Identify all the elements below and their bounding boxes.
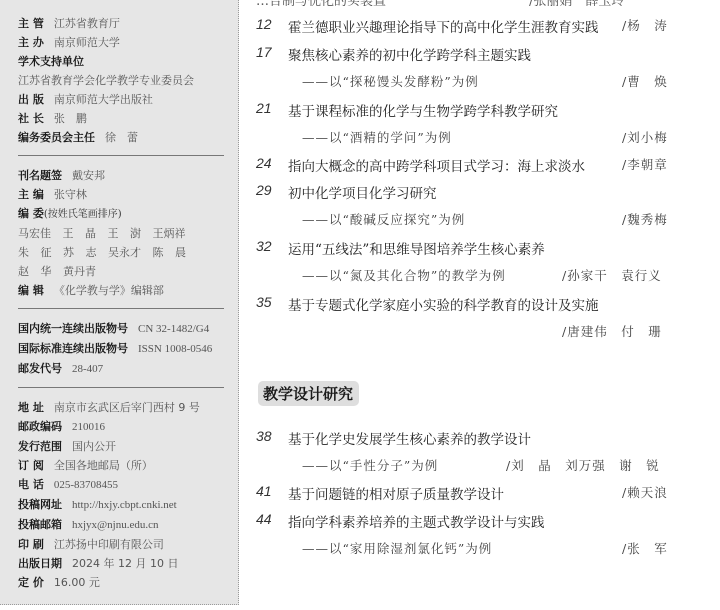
article-title: 基于问题链的相对原子质量教学设计 (288, 483, 504, 503)
article-author: /李朝章 (622, 155, 668, 173)
masthead-row: 主 管江苏省教育厅 (18, 14, 223, 33)
masthead-row: 主 编张守林 (18, 185, 223, 204)
article-author: /刘小梅 (622, 128, 668, 146)
article-subtitle: ——以“酒精的学问”为例 (302, 128, 452, 146)
masthead-row: 投稿邮箱hxjyx@njnu.edu.cn (18, 515, 223, 535)
masthead-row: 国际标准连续出版物号ISSN 1008-0546 (18, 339, 223, 359)
article-subtitle: ——以“酸碱反应探究”为例 (302, 210, 465, 228)
article-title: 基于专题式化学家庭小实验的科学教育的设计及实施 (288, 294, 599, 314)
masthead-row: 编务委员会主任徐 蕾 (18, 128, 223, 147)
article-author: /刘 晶 刘万强 谢 锐 (506, 456, 660, 474)
article-title: 基于课程标准的化学与生物学跨学科教学研究 (288, 100, 558, 120)
page-number: 21 (256, 100, 272, 116)
masthead-row: 江苏省教育学会化学教学专业委员会 (18, 71, 223, 90)
masthead-row: 主 办南京师范大学 (18, 33, 223, 52)
article-title: 运用“五线法”和思维导图培养学生核心素养 (288, 238, 545, 258)
article-title: 霍兰德职业兴趣理论指导下的高中化学生涯教育实践 (288, 16, 599, 36)
toc-subtitle-row: ——以“酸碱反应探究”为例 /魏秀梅 (256, 210, 676, 230)
article-author: /曹 焕 (622, 72, 668, 90)
masthead-row: 地 址南京市玄武区后宰门西村 9 号 (18, 398, 223, 417)
submission-url[interactable]: http://hxjy.cbpt.cnki.net (72, 499, 177, 511)
divider (18, 387, 224, 388)
page-number: 29 (256, 182, 272, 198)
masthead-row: 学术支持单位 (18, 52, 223, 71)
masthead-row: 印 刷江苏扬中印刷有限公司 (18, 535, 223, 554)
article-subtitle: ——以“氮及其化合物”的教学为例 (302, 266, 506, 284)
article-title: 指向学科素养培养的主题式教学设计与实践 (288, 511, 545, 531)
article-author: /张 军 (622, 539, 668, 557)
masthead-row: 出 版南京师范大学出版社 (18, 90, 223, 109)
page-number: 41 (256, 483, 272, 499)
toc-entry[interactable]: 12 霍兰德职业兴趣理论指导下的高中化学生涯教育实践 /杨 涛 (256, 16, 676, 36)
article-subtitle: ——以“手性分子”为例 (302, 456, 438, 474)
masthead-row: 订 阅全国各地邮局（所） (18, 456, 223, 475)
masthead-row: 出版日期2024 年 12 月 10 日 (18, 554, 223, 573)
divider (18, 155, 224, 156)
page-number: 35 (256, 294, 272, 310)
page-number: 24 (256, 155, 272, 171)
toc-entry[interactable]: 35 基于专题式化学家庭小实验的科学教育的设计及实施 (256, 294, 676, 314)
masthead-row: 定 价16.00 元 (18, 573, 223, 592)
masthead-row: 电 话025-83708455 (18, 475, 223, 495)
cropped-entry: …合制与优化的实装置 /张丽娟 薛玉玲 (256, 0, 676, 6)
toc-entry[interactable]: 29 初中化学项目化学习研究 (256, 182, 676, 202)
article-subtitle: ——以“家用除湿剂氯化钙”为例 (302, 539, 492, 557)
toc-entry[interactable]: 32 运用“五线法”和思维导图培养学生核心素养 (256, 238, 676, 258)
masthead-row: 社 长张 鹏 (18, 109, 223, 128)
page-number: 32 (256, 238, 272, 254)
toc-entry[interactable]: 24 指向大概念的高中跨学科项目式学习：海上求淡水 /李朝章 (256, 155, 676, 175)
toc-subtitle-row: /唐建伟 付 珊 (256, 322, 676, 342)
toc-entry[interactable]: 17 聚焦核心素养的初中化学跨学科主题实践 (256, 44, 676, 64)
toc-subtitle-row: ——以“氮及其化合物”的教学为例 /孙家干 袁行义 (256, 266, 676, 286)
article-author: /孙家干 袁行义 (562, 266, 662, 284)
masthead-row: 发行范围国内公开 (18, 437, 223, 456)
submission-email[interactable]: hxjyx@njnu.edu.cn (72, 519, 159, 531)
masthead-row: 刊名题签戴安邦 (18, 166, 223, 185)
article-title: 指向大概念的高中跨学科项目式学习：海上求淡水 (288, 155, 585, 175)
article-author: /唐建伟 付 珊 (562, 322, 662, 340)
page-number: 17 (256, 44, 272, 60)
page-number: 38 (256, 428, 272, 444)
article-author: /魏秀梅 (622, 210, 668, 228)
masthead-row: 国内统一连续出版物号CN 32-1482/G4 (18, 319, 223, 339)
toc-subtitle-row: ——以“酒精的学问”为例 /刘小梅 (256, 128, 676, 148)
divider (18, 308, 224, 309)
page-number: 44 (256, 511, 272, 527)
article-title: 基于化学史发展学生核心素养的教学设计 (288, 428, 531, 448)
masthead-panel: 主 管江苏省教育厅 主 办南京师范大学 学术支持单位 江苏省教育学会化学教学专业… (0, 0, 239, 605)
committee-members: 赵 华 黄丹青 (18, 262, 223, 281)
toc-entry[interactable]: 38 基于化学史发展学生核心素养的教学设计 (256, 428, 676, 448)
toc-entry[interactable]: 21 基于课程标准的化学与生物学跨学科教学研究 (256, 100, 676, 120)
toc-entry[interactable]: 44 指向学科素养培养的主题式教学设计与实践 (256, 511, 676, 531)
masthead-row: 投稿网址http://hxjy.cbpt.cnki.net (18, 495, 223, 515)
toc-subtitle-row: ——以“家用除湿剂氯化钙”为例 /张 军 (256, 539, 676, 559)
committee-members: 马宏佳 王 晶 王 澍 王炳祥 (18, 224, 223, 243)
committee-members: 朱 征 苏 志 吴永才 陈 晨 (18, 243, 223, 262)
section-heading: 教学设计研究 (258, 381, 359, 406)
article-author: /赖天浪 (622, 483, 668, 501)
masthead-row: 编 委(按姓氏笔画排序) (18, 204, 223, 224)
page-number: 12 (256, 16, 272, 32)
article-title: 聚焦核心素养的初中化学跨学科主题实践 (288, 44, 531, 64)
toc-subtitle-row: ——以“探秘馒头发酵粉”为例 /曹 焕 (256, 72, 676, 92)
masthead-row: 编 辑《化学教与学》编辑部 (18, 281, 223, 300)
article-subtitle: ——以“探秘馒头发酵粉”为例 (302, 72, 479, 90)
article-title: 初中化学项目化学习研究 (288, 182, 437, 202)
masthead-row: 邮政编码210016 (18, 417, 223, 437)
toc-subtitle-row: ——以“手性分子”为例 /刘 晶 刘万强 谢 锐 (256, 456, 676, 476)
masthead-row: 邮发代号28-407 (18, 359, 223, 379)
article-author: /杨 涛 (622, 16, 668, 34)
toc-entry[interactable]: 41 基于问题链的相对原子质量教学设计 /赖天浪 (256, 483, 676, 503)
